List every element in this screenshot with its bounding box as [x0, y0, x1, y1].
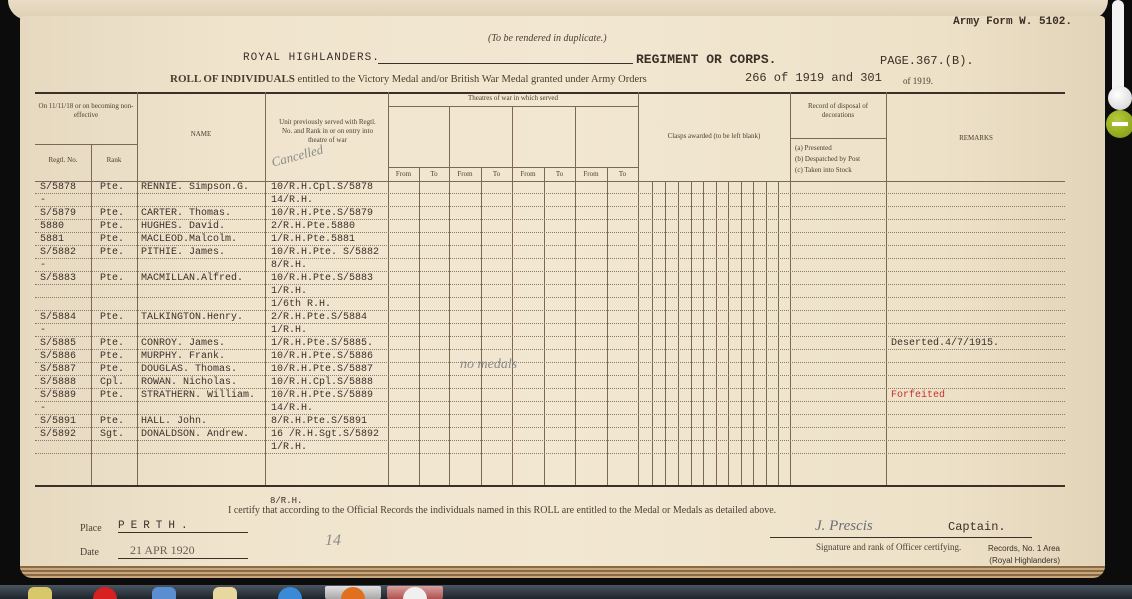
roll-title: ROLL OF INDIVIDUALS entitled to the Vict… [170, 73, 647, 85]
name: STRATHERN. William. [141, 390, 255, 401]
name: CONROY. James. [141, 338, 225, 349]
unit: 10/R.H.Pte.S/5883 [271, 273, 373, 284]
name: TALKINGTON.Henry. [141, 312, 243, 323]
regtl-no: S/5892 [40, 429, 76, 440]
unit: 1/R.H. [271, 286, 307, 297]
unit: 10/R.H.Cpl.S/5888 [271, 377, 373, 388]
rank: Pte. [100, 221, 124, 232]
regiment-label: REGIMENT OR CORPS. [636, 52, 776, 67]
clasps-header: Clasps awarded (to be left blank) [638, 132, 790, 141]
army-form-number: Army Form W. 5102. [953, 16, 1072, 28]
from-header: From [388, 170, 419, 179]
table-row: -1/R.H. [35, 324, 1065, 337]
header-rule [35, 144, 137, 145]
from-header: From [512, 170, 544, 179]
name: HALL. John. [141, 416, 207, 427]
unit: 10/R.H.Cpl.S/5878 [271, 182, 373, 193]
table-row: S/5886Pte.MURPHY. Frank.10/R.H.Pte.S/588… [35, 350, 1065, 363]
file-explorer-icon[interactable] [28, 587, 52, 599]
rank: Pte. [100, 364, 124, 375]
table-row: 5880Pte.HUGHES. David.2/R.H.Pte.5880 [35, 220, 1065, 233]
rank: Pte. [100, 208, 124, 219]
rank: Pte. [100, 338, 124, 349]
disposal-c: (c) Taken into Stock [795, 166, 885, 175]
stamp-line-1: Records, No. 1 Area [880, 543, 1060, 555]
page-stack-edge [20, 566, 1105, 578]
remark: Forfeited [891, 390, 945, 401]
regtl-no: S/5882 [40, 247, 76, 258]
pencil-number: 14 [325, 532, 341, 550]
table-row: S/5887Pte.DOUGLAS. Thomas.10/R.H.Pte.S/5… [35, 363, 1065, 376]
unit: 8/R.H.Pte.S/5891 [271, 416, 367, 427]
table-body: S/5878Pte.RENNIE. Simpson.G.10/R.H.Cpl.S… [35, 181, 1065, 454]
unit: 10/R.H.Pte.S/5889 [271, 390, 373, 401]
unit: 14/R.H. [271, 195, 313, 206]
name: PITHIE. James. [141, 247, 225, 258]
to-header: To [481, 170, 512, 179]
unit: 10/R.H.Pte.S/5879 [271, 208, 373, 219]
app-taskbar-button[interactable] [387, 586, 443, 599]
unit: 1/R.H.Pte.5881 [271, 234, 355, 245]
signature-line [770, 537, 1032, 538]
date-label: Date [80, 547, 99, 558]
unit: 2/R.H.Pte.S/5884 [271, 312, 367, 323]
table-row: S/5879Pte.CARTER. Thomas.10/R.H.Pte.S/58… [35, 207, 1065, 220]
unit: 1/R.H. [271, 442, 307, 453]
disposal-header: Record of disposal of decorations [798, 102, 878, 120]
regtl-no: S/5884 [40, 312, 76, 323]
regtl-no: 5880 [40, 221, 64, 232]
unit: 2/R.H.Pte.5880 [271, 221, 355, 232]
app-blue-icon[interactable] [152, 587, 176, 599]
rank: Pte. [100, 182, 124, 193]
regtl-no-header: Regtl. No. [35, 156, 91, 165]
firefox-icon [341, 587, 365, 599]
disposal-a: (a) Presented [795, 144, 885, 153]
table-row: S/5892Sgt.DONALDSON. Andrew.16 /R.H.Sgt.… [35, 428, 1065, 441]
regtl-no: 5881 [40, 234, 64, 245]
table-row: -14/R.H. [35, 194, 1065, 207]
roll-title-text: entitled to the Victory Medal and/or Bri… [298, 74, 647, 85]
rank: Pte. [100, 416, 124, 427]
rank: Pte. [100, 390, 124, 401]
rank: Pte. [100, 312, 124, 323]
unit: 1/R.H. [271, 325, 307, 336]
unit: 10/R.H.Pte.S/5886 [271, 351, 373, 362]
table-row: 1/R.H. [35, 441, 1065, 454]
regtl-no: - [40, 403, 46, 414]
header-rule [388, 106, 638, 107]
remark: Deserted.4/7/1915. [891, 338, 999, 349]
certification-text: I certify that according to the Official… [228, 505, 776, 516]
rank: Sgt. [100, 429, 124, 440]
table-row: -8/R.H. [35, 259, 1065, 272]
taskbar [0, 585, 1132, 599]
place-label: Place [80, 523, 102, 534]
folder-icon[interactable] [213, 587, 237, 599]
name-header: NAME [137, 130, 265, 139]
name: MACMILLAN.Alfred. [141, 273, 243, 284]
name: DOUGLAS. Thomas. [141, 364, 237, 375]
rank: Pte. [100, 234, 124, 245]
regtl-no: S/5889 [40, 390, 76, 401]
regtl-no: S/5888 [40, 377, 76, 388]
stamp-line-2: (Royal Highlanders) [880, 555, 1060, 567]
duplicate-note: (To be rendered in duplicate.) [488, 33, 607, 44]
page-number: PAGE.367.(B). [880, 54, 974, 68]
theatres-header: Theatres of war in which served [388, 94, 638, 103]
table-row: S/5888Cpl.ROWAN. Nicholas.10/R.H.Cpl.S/5… [35, 376, 1065, 389]
document-viewer: Army Form W. 5102. (To be rendered in du… [0, 0, 1132, 580]
regtl-no: S/5883 [40, 273, 76, 284]
unit-header: Unit previously served with Regtl. No. a… [275, 118, 380, 145]
table-row: S/5891Pte.HALL. John.8/R.H.Pte.S/5891 [35, 415, 1065, 428]
table-row: S/5883Pte.MACMILLAN.Alfred.10/R.H.Pte.S/… [35, 272, 1065, 285]
table-row: S/5878Pte.RENNIE. Simpson.G.10/R.H.Cpl.S… [35, 181, 1065, 194]
regiment-underline [378, 63, 633, 64]
place-value: PERTH. [118, 520, 248, 533]
regtl-no: S/5891 [40, 416, 76, 427]
pencil-no-medals: no medals [460, 357, 517, 373]
zoom-slider[interactable] [1108, 0, 1130, 140]
name: CARTER. Thomas. [141, 208, 231, 219]
to-header: To [544, 170, 575, 179]
unit: 1/R.H.Pte.S/5885. [271, 338, 373, 349]
table-row: S/5885Pte.CONROY. James.1/R.H.Pte.S/5885… [35, 337, 1065, 350]
regiment-name: ROYAL HIGHLANDERS. [243, 52, 380, 64]
to-header: To [607, 170, 638, 179]
name: ROWAN. Nicholas. [141, 377, 237, 388]
table-row: 5881Pte.MACLEOD.Malcolm.1/R.H.Pte.5881 [35, 233, 1065, 246]
name: HUGHES. David. [141, 221, 225, 232]
unit: 16 /R.H.Sgt.S/5892 [271, 429, 379, 440]
signatory-rank: Captain. [948, 520, 1006, 534]
internet-explorer-icon[interactable] [278, 587, 302, 599]
regtl-no: S/5886 [40, 351, 76, 362]
to-header: To [419, 170, 449, 179]
unit: 10/R.H.Pte. S/5882 [271, 247, 379, 258]
roll-title-bold: ROLL OF INDIVIDUALS [170, 73, 295, 85]
of-year: of 1919. [903, 76, 933, 86]
records-stamp: Records, No. 1 Area (Royal Highlanders) [880, 543, 1060, 567]
table-row: S/5884Pte.TALKINGTON.Henry.2/R.H.Pte.S/5… [35, 311, 1065, 324]
regtl-no: S/5885 [40, 338, 76, 349]
table-row: 1/R.H. [35, 285, 1065, 298]
table-row: S/5889Pte.STRATHERN. William.10/R.H.Pte.… [35, 389, 1065, 402]
status-group-header: On 11/11/18 or on becoming non-effective [35, 102, 137, 120]
header-rule [388, 167, 638, 168]
table-bottom-rule [35, 485, 1065, 487]
firefox-taskbar-button[interactable] [325, 586, 381, 599]
app-red-icon[interactable] [93, 587, 117, 599]
name: MURPHY. Frank. [141, 351, 225, 362]
name: MACLEOD.Malcolm. [141, 234, 237, 245]
rank: Pte. [100, 273, 124, 284]
date-stamp: 21 APR 1920 [118, 543, 248, 559]
rank: Pte. [100, 351, 124, 362]
unit: 14/R.H. [271, 403, 313, 414]
unit: 8/R.H. [271, 260, 307, 271]
rank: Cpl. [100, 377, 124, 388]
zoom-out-icon[interactable] [1106, 110, 1132, 138]
remarks-header: REMARKS [886, 134, 1066, 143]
unit: 1/6th R.H. [271, 299, 331, 310]
app-icon [403, 587, 427, 599]
zoom-track[interactable] [1112, 0, 1124, 100]
table-row: 1/6th R.H. [35, 298, 1065, 311]
name: DONALDSON. Andrew. [141, 429, 249, 440]
header-rule [790, 138, 886, 139]
from-header: From [449, 170, 481, 179]
table-row: -14/R.H. [35, 402, 1065, 415]
regtl-no: - [40, 195, 46, 206]
regtl-no: S/5887 [40, 364, 76, 375]
unit: 10/R.H.Pte.S/5887 [271, 364, 373, 375]
table-row: S/5882Pte.PITHIE. James.10/R.H.Pte. S/58… [35, 246, 1065, 259]
regtl-no: - [40, 260, 46, 271]
zoom-thumb[interactable] [1108, 86, 1132, 110]
signature: J. Prescis [815, 518, 873, 535]
from-header: From [575, 170, 607, 179]
disposal-b: (b) Despatched by Post [795, 155, 885, 164]
name: RENNIE. Simpson.G. [141, 182, 249, 193]
army-orders: 266 of 1919 and 301 [745, 71, 882, 85]
rank-header: Rank [91, 156, 137, 165]
regtl-no: S/5878 [40, 182, 76, 193]
regtl-no: - [40, 325, 46, 336]
regtl-no: S/5879 [40, 208, 76, 219]
rank: Pte. [100, 247, 124, 258]
